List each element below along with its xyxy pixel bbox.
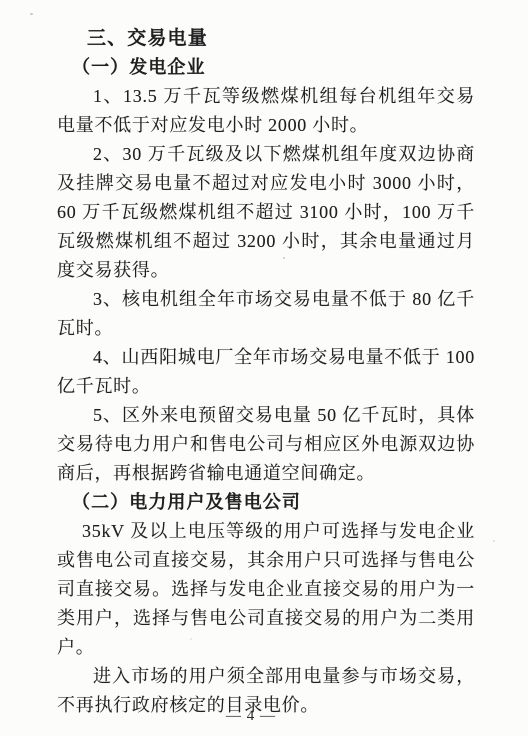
page-number: — 4 —	[0, 706, 515, 726]
scan-speck	[493, 540, 495, 542]
scan-speck	[283, 257, 285, 259]
generators-item-3: 3、核电机组全年市场交易电量不低于 80 亿千瓦时。	[57, 285, 475, 343]
subsection-heading-users: （二）电力用户及售电公司	[57, 488, 475, 517]
document-page: 三、交易电量 （一）发电企业 1、13.5 万千瓦等级燃煤机组每台机组年交易电量…	[0, 0, 528, 736]
document-text-block: 三、交易电量 （一）发电企业 1、13.5 万千瓦等级燃煤机组每台机组年交易电量…	[57, 24, 475, 720]
subsection-heading-generators: （一）发电企业	[57, 53, 475, 82]
generators-item-4: 4、山西阳城电厂全年市场交易电量不低于 100 亿千瓦时。	[57, 343, 475, 401]
chapter-heading: 三、交易电量	[57, 24, 475, 53]
scan-speck	[30, 13, 33, 15]
scan-speck	[190, 638, 192, 640]
users-paragraph-1: 35kV 及以上电压等级的用户可选择与发电企业或售电公司直接交易，其余用户只可选…	[57, 517, 475, 662]
generators-item-2: 2、30 万千瓦级及以下燃煤机组年度双边协商及挂牌交易电量不超过对应发电小时 3…	[57, 140, 475, 285]
generators-item-1: 1、13.5 万千瓦等级燃煤机组每台机组年交易电量不低于对应发电小时 2000 …	[57, 82, 475, 140]
generators-item-5: 5、区外来电预留交易电量 50 亿千瓦时，具体交易待电力用户和售电公司与相应区外…	[57, 401, 475, 488]
